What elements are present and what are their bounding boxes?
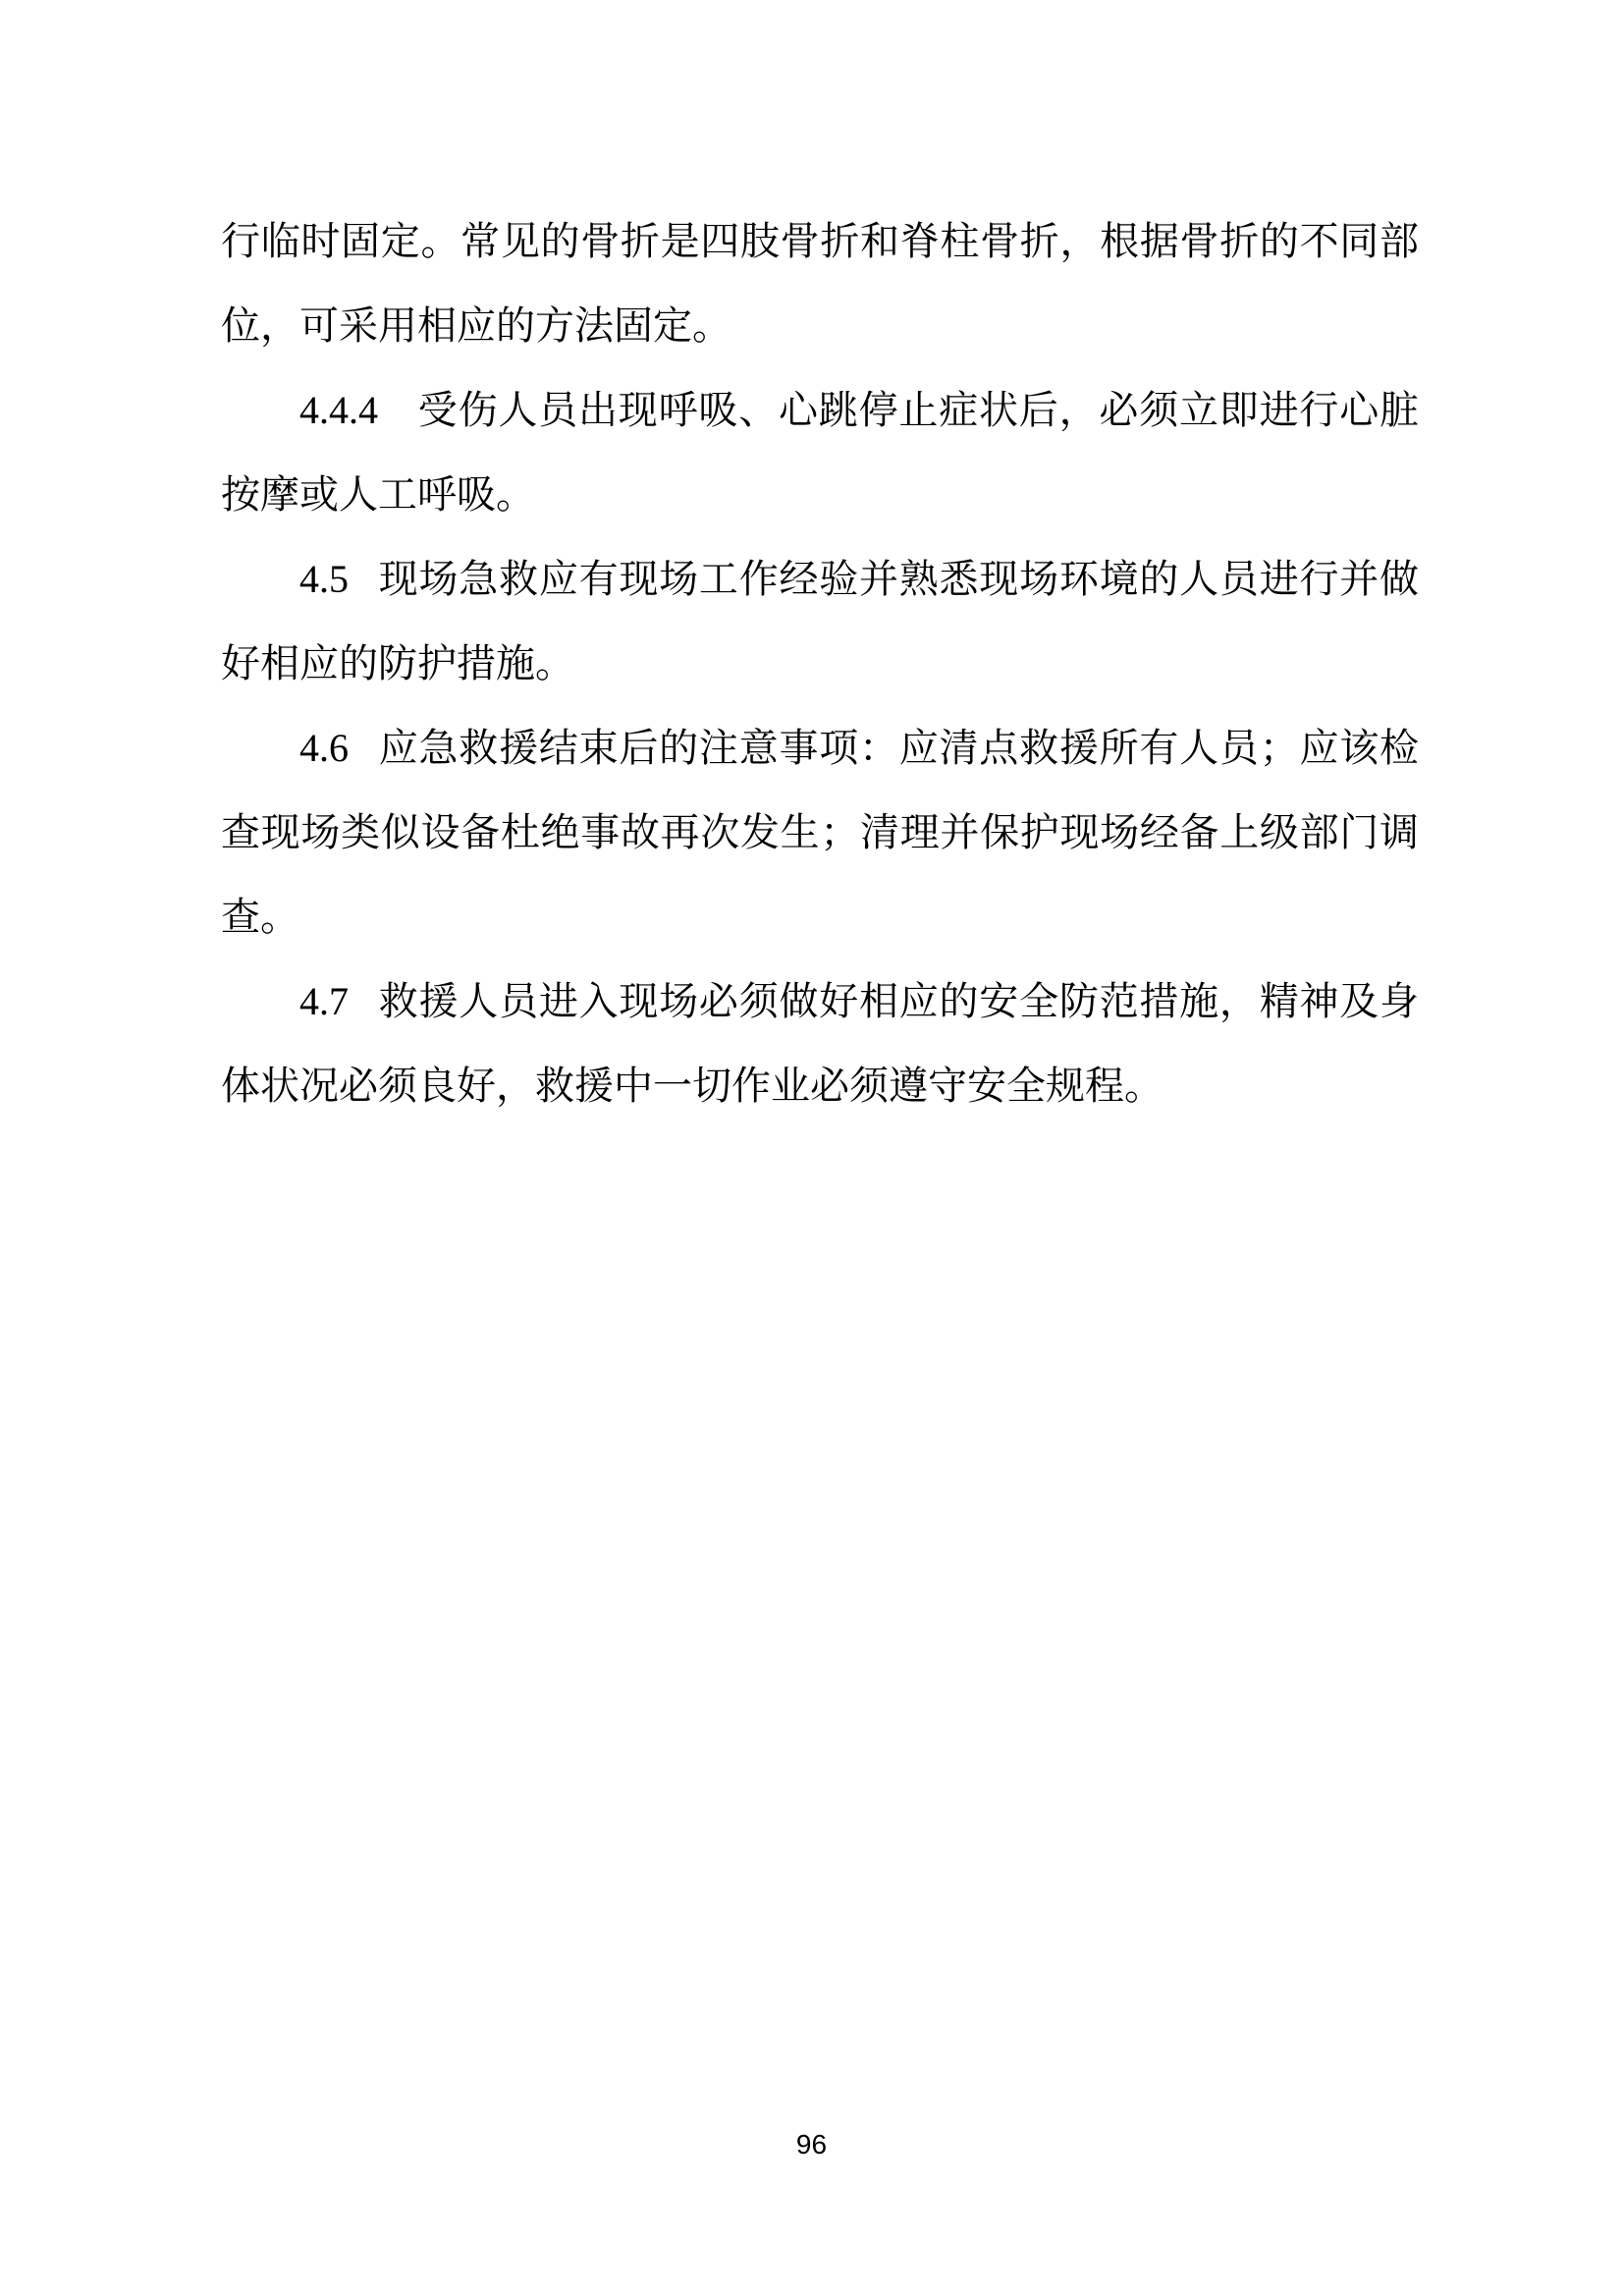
paragraph: 4.5现场急救应有现场工作经验并熟悉现场环境的人员进行并做好相应的防护措施。 (221, 537, 1419, 706)
page-number: 96 (0, 2129, 1623, 2160)
paragraph-text: 行临时固定。常见的骨折是四肢骨折和脊柱骨折，根据骨折的不同部位，可采用相应的方法… (221, 219, 1419, 348)
document-page: 行临时固定。常见的骨折是四肢骨折和脊柱骨折，根据骨折的不同部位，可采用相应的方法… (0, 0, 1623, 2296)
section-number: 4.4.4 (299, 368, 417, 453)
paragraph-text: 应急救援结束后的注意事项：应清点救援所有人员；应该检查现场类似设备杜绝事故再次发… (221, 726, 1419, 939)
section-number: 4.6 (299, 706, 378, 791)
paragraph: 行临时固定。常见的骨折是四肢骨折和脊柱骨折，根据骨折的不同部位，可采用相应的方法… (221, 199, 1419, 368)
paragraph-text: 现场急救应有现场工作经验并熟悉现场环境的人员进行并做好相应的防护措施。 (221, 557, 1419, 685)
paragraph-text: 救援人员进入现场必须做好相应的安全防范措施，精神及身体状况必须良好，救援中一切作… (221, 979, 1419, 1108)
paragraph: 4.4.4受伤人员出现呼吸、心跳停止症状后，必须立即进行心脏按摩或人工呼吸。 (221, 368, 1419, 537)
paragraph: 4.6应急救援结束后的注意事项：应清点救援所有人员；应该检查现场类似设备杜绝事故… (221, 706, 1419, 959)
page-body-text: 行临时固定。常见的骨折是四肢骨折和脊柱骨折，根据骨折的不同部位，可采用相应的方法… (221, 199, 1419, 1128)
section-number: 4.5 (299, 537, 378, 622)
paragraph: 4.7救援人员进入现场必须做好相应的安全防范措施，精神及身体状况必须良好，救援中… (221, 959, 1419, 1128)
section-number: 4.7 (299, 959, 378, 1044)
